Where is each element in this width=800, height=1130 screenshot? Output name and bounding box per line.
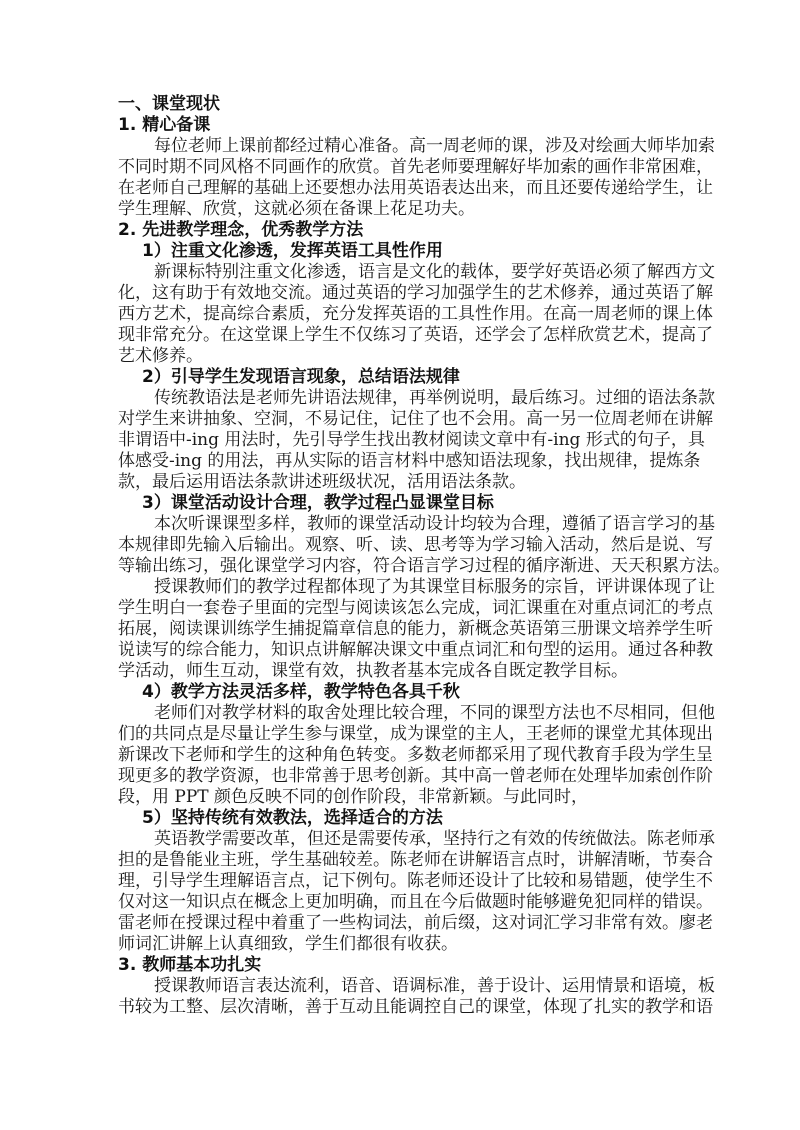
text-line: 英语教学需要改革，但还是需要传承，坚持行之有效的传统做法。陈老师承 <box>118 829 684 850</box>
heading-1: 1. 精心备课 <box>118 115 684 136</box>
paragraph: 授课教师们的教学过程都体现了为其课堂目标服务的宗旨，评讲课体现了让 学生明白一套… <box>118 577 684 682</box>
paragraph: 授课教师语言表达流利，语音、语调标准，善于设计、运用情景和语境，板 书较为工整、… <box>118 976 684 1018</box>
text-line: 授课教师们的教学过程都体现了为其课堂目标服务的宗旨，评讲课体现了让 <box>118 577 684 598</box>
text-line: 体感受-ing 的用法，再从实际的语言材料中感知语法现象，找出规律，提炼条 <box>118 451 684 472</box>
text-line: 理，引导学生理解语言点，记下例句。陈老师还设计了比较和易错题，使学生不 <box>118 871 684 892</box>
text-line: 西方艺术，提高综合素质，充分发挥英语的工具性作用。在高一周老师的课上体 <box>118 304 684 325</box>
text-line: 新课标特别注重文化渗透，语言是文化的载体，要学好英语必须了解西方文 <box>118 262 684 283</box>
text-line: 学活动，师生互动，课堂有效，执教者基本完成各自既定教学目标。 <box>118 661 684 682</box>
heading-2: 2. 先进教学理念，优秀教学方法 <box>118 220 684 241</box>
text-line: 拓展，阅读课训练学生捕捉篇章信息的能力，新概念英语第三册课文培养学生听 <box>118 619 684 640</box>
paragraph: 新课标特别注重文化渗透，语言是文化的载体，要学好英语必须了解西方文 化，这有助于… <box>118 262 684 367</box>
text-line: 师词汇讲解上认真细致，学生们都很有收获。 <box>118 934 684 955</box>
document-page: 一、课堂现状 1. 精心备课 每位老师上课前都经过精心准备。高一周老师的课，涉及… <box>118 94 684 1018</box>
text-line: 们的共同点是尽量让学生参与课堂，成为课堂的主人，王老师的课堂尤其体现出 <box>118 724 684 745</box>
paragraph: 老师们对教学材料的取舍处理比较合理，不同的课型方法也不尽相同，但他 们的共同点是… <box>118 703 684 808</box>
text-line: 化，这有助于有效地交流。通过英语的学习加强学生的艺术修养，通过英语了解 <box>118 283 684 304</box>
text-line: 仅对这一知识点在概念上更加明确，而且在今后做题时能够避免犯同样的错误。 <box>118 892 684 913</box>
text-line: 在老师自己理解的基础上还要想办法用英语表达出来，而且还要传递给学生，让 <box>118 178 684 199</box>
text-line: 等输出练习，强化课堂学习内容，符合语言学习过程的循序渐进、天天积累方法。 <box>118 556 684 577</box>
text-line: 说读写的综合能力，知识点讲解解决课文中重点词汇和句型的运用。通过各种教 <box>118 640 684 661</box>
text-line: 段，用 PPT 颜色反映不同的创作阶段，非常新颖。与此同时， <box>118 787 684 808</box>
paragraph: 本次听课课型多样，教师的课堂活动设计均较为合理，遵循了语言学习的基 本规律即先输… <box>118 514 684 577</box>
subheading-1: 1）注重文化渗透，发挥英语工具性作用 <box>118 241 684 262</box>
text-line: 新课改下老师和学生的这种角色转变。多数老师都采用了现代教育手段为学生呈 <box>118 745 684 766</box>
text-line: 学生明白一套卷子里面的完型与阅读该怎么完成，词汇课重在对重点词汇的考点 <box>118 598 684 619</box>
heading-3: 3. 教师基本功扎实 <box>118 955 684 976</box>
text-line: 学生理解、欣赏，这就必须在备课上花足功夫。 <box>118 199 684 220</box>
section-title: 一、课堂现状 <box>118 94 684 115</box>
text-line: 传统教语法是老师先讲语法规律，再举例说明，最后练习。过细的语法条款 <box>118 388 684 409</box>
text-line: 非谓语中-ing 用法时，先引导学生找出教材阅读文章中有-ing 形式的句子，具 <box>118 430 684 451</box>
text-line: 本次听课课型多样，教师的课堂活动设计均较为合理，遵循了语言学习的基 <box>118 514 684 535</box>
text-line: 担的是鲁能业主班，学生基础较差。陈老师在讲解语言点时，讲解清晰，节奏合 <box>118 850 684 871</box>
text-line: 不同时期不同风格不同画作的欣赏。首先老师要理解好毕加索的画作非常困难， <box>118 157 684 178</box>
text-line: 授课教师语言表达流利，语音、语调标准，善于设计、运用情景和语境，板 <box>118 976 684 997</box>
text-line: 老师们对教学材料的取舍处理比较合理，不同的课型方法也不尽相同，但他 <box>118 703 684 724</box>
text-line: 款，最后运用语法条款讲述班级状况，活用语法条款。 <box>118 472 684 493</box>
subheading-2: 2）引导学生发现语言现象，总结语法规律 <box>118 367 684 388</box>
subheading-3: 3）课堂活动设计合理，教学过程凸显课堂目标 <box>118 493 684 514</box>
subheading-4: 4）教学方法灵活多样，教学特色各具千秋 <box>118 682 684 703</box>
text-line: 本规律即先输入后输出。观察、听、读、思考等为学习输入活动，然后是说、写 <box>118 535 684 556</box>
paragraph: 每位老师上课前都经过精心准备。高一周老师的课，涉及对绘画大师毕加索 不同时期不同… <box>118 136 684 220</box>
text-line: 每位老师上课前都经过精心准备。高一周老师的课，涉及对绘画大师毕加索 <box>118 136 684 157</box>
text-line: 艺术修养。 <box>118 346 684 367</box>
text-line: 雷老师在授课过程中着重了一些构词法，前后缀，这对词汇学习非常有效。廖老 <box>118 913 684 934</box>
text-line: 现非常充分。在这堂课上学生不仅练习了英语，还学会了怎样欣赏艺术，提高了 <box>118 325 684 346</box>
paragraph: 传统教语法是老师先讲语法规律，再举例说明，最后练习。过细的语法条款 对学生来讲抽… <box>118 388 684 493</box>
subheading-5: 5）坚持传统有效教法，选择适合的方法 <box>118 808 684 829</box>
text-line: 书较为工整、层次清晰，善于互动且能调控自己的课堂，体现了扎实的教学和语 <box>118 997 684 1018</box>
paragraph: 英语教学需要改革，但还是需要传承，坚持行之有效的传统做法。陈老师承 担的是鲁能业… <box>118 829 684 955</box>
text-line: 对学生来讲抽象、空洞，不易记住，记住了也不会用。高一另一位周老师在讲解 <box>118 409 684 430</box>
text-line: 现更多的教学资源，也非常善于思考创新。其中高一曾老师在处理毕加索创作阶 <box>118 766 684 787</box>
